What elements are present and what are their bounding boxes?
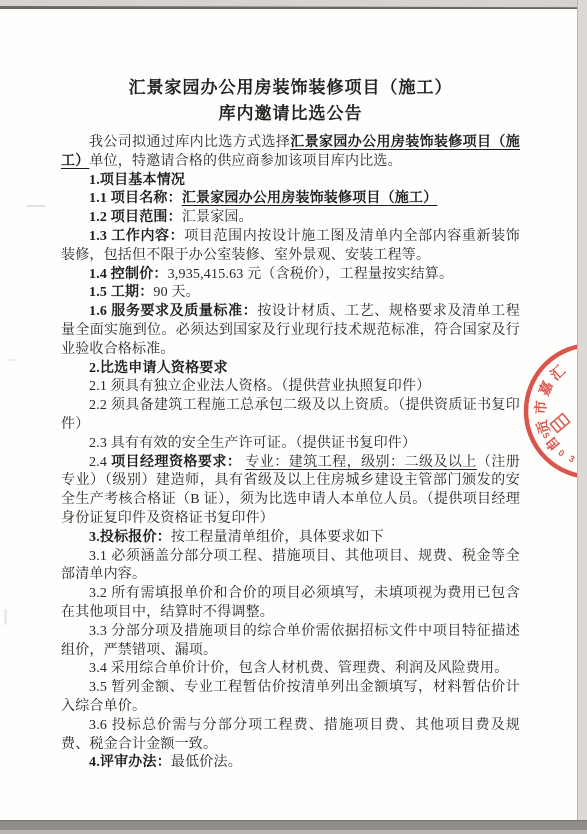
paragraph: 3.5 暂列金额、专业工程暂估价按清单列出金额填写，材料暂估价计入综合单价。 [61,679,520,717]
paragraph: 3.1 必须涵盖分部分项工程、措施项目、其他项目、规费、税金等全部清单内容。 [61,548,520,586]
scan-background-right [577,0,587,834]
seal-code-digits: 51030 [541,431,578,468]
seal-character: 市 [532,400,550,415]
document-content: 汇景家园办公用房装饰装修项目（施工） 库内邀请比选公告 我公司拟通过库内比选方式… [61,75,520,773]
text-run: 专业：建筑工程，级别：二级及以上 [245,455,477,470]
paragraph: 4.评审办法：最低价法。 [61,754,520,773]
document-title-line2: 库内邀请比选公告 [61,101,520,127]
text-run: 项目经理资格要求： [111,455,241,470]
paragraph: 3.4 采用综合单价计价，包含人材机费、管理费、利润及风险费用。 [61,660,520,679]
paragraph: 3.3 分部分项及措施项目的综合单价需依据招标文件中项目特征描述组价，严禁错项、… [61,623,520,661]
paragraph: 3.投标报价：按工程量清单组价，具体要求如下 [61,529,520,548]
paragraph: 1.6 服务要求及质量标准：按设计材质、工艺、规格要求及清单工程量全面实施到位。… [61,303,520,359]
scan-smudge [8,359,18,361]
document-body: 我公司拟通过库内比选方式选择汇景家园办公用房装饰装修项目（施工）单位，特邀请合格… [61,134,520,773]
scan-background-top [0,0,587,6]
paragraph: 2.4 项目经理资格要求： 专业：建筑工程，级别：二级及以上（注册专业）（级别）… [61,454,520,529]
text-run: 按工程量清单组价，具体要求如下 [171,530,384,545]
text-run: 2.1 须具有独立企业法人资格。（提供营业执照复印件） [89,379,430,394]
text-run: 3.3 分部分项及措施项目的综合单价需依据招标文件中项目特征描述组价，严禁错项、… [61,624,520,658]
seal-character: 汇 [547,362,569,384]
scan-smudge [26,205,46,207]
scan-smudge [4,609,7,625]
text-run: 2.比选申请人资格要求 [89,361,228,376]
official-seal: 自贡市嘉汇 51030 [518,337,578,487]
text-run: 2.4 [89,455,111,470]
paragraph: 1.4 控制价：3,935,415.63 元（含税价），工程量按实结算。 [61,266,520,285]
text-run: 1.1 项目名称： [89,191,182,206]
paragraph: 2.2 须具备建筑工程施工总承包二级及以上资质。（提供资质证书复印件） [61,397,520,435]
official-seal-graphic: 自贡市嘉汇 51030 [518,337,578,487]
text-run: 3,935,415.63 元（含税价），工程量按实结算。 [168,267,454,282]
text-run: 单位，特邀请合格的供应商参加该项目库内比选。 [89,154,401,169]
paragraph: 1.3 工作内容：项目范围内按设计施工图及清单内全部内容重新装饰装修，包括但不限… [61,228,520,266]
text-run: 汇景家园。 [182,210,253,225]
text-run: 我公司拟通过库内比选方式选择 [89,135,290,150]
text-run: 3.4 采用综合单价计价，包含人材机费、管理费、利润及风险费用。 [89,661,508,676]
paragraph: 2.1 须具有独立企业法人资格。（提供营业执照复印件） [61,378,520,397]
document-title: 汇景家园办公用房装饰装修项目（施工） 库内邀请比选公告 [61,75,520,127]
paragraph: 2.3 具有有效的安全生产许可证。（提供证书复印件） [61,435,520,454]
text-run: 最低价法。 [171,755,242,770]
text-run: 1.6 服务要求及质量标准： [89,304,257,319]
text-run: 1.4 控制价： [89,267,168,282]
document-page: 汇景家园办公用房装饰装修项目（施工） 库内邀请比选公告 我公司拟通过库内比选方式… [0,9,578,820]
text-run: 2.2 须具备建筑工程施工总承包二级及以上资质。（提供资质证书复印件） [61,398,520,432]
paragraph: 1.5 工期：90 天。 [61,284,520,303]
text-run: 汇景家园办公用房装饰装修项目（施工） [182,191,438,206]
text-run: 90 天。 [153,285,200,300]
paragraph: 2.比选申请人资格要求 [61,360,520,379]
seal-digit: 3 [567,453,576,464]
paragraph: 我公司拟通过库内比选方式选择汇景家园办公用房装饰装修项目（施工）单位，特邀请合格… [61,134,520,172]
paragraph: 3.6 投标总价需与分部分项工程费、措施项目费、其他项目费及规费、税金合计金额一… [61,717,520,755]
paragraph: 3.2 所有需填报单价和合价的项目必须填写，未填项视为费用已包含在其他项目中，结… [61,585,520,623]
paragraph: 1.2 项目范围：汇景家园。 [61,209,520,228]
paragraph: 1.1 项目名称：汇景家园办公用房装饰装修项目（施工） [61,190,520,209]
document-title-line1: 汇景家园办公用房装饰装修项目（施工） [61,75,520,101]
text-run: 1.项目基本情况 [89,173,185,188]
text-run: 1.3 工作内容： [89,229,184,244]
paragraph: 1.项目基本情况 [61,172,520,191]
text-run: 3.投标报价： [89,530,171,545]
text-run: 3.2 所有需填报单价和合价的项目必须填写，未填项视为费用已包含在其他项目中，结… [61,586,520,620]
text-run: 1.5 工期： [89,285,153,300]
text-run: 4.评审办法： [89,755,171,770]
seal-character: 嘉 [535,379,556,399]
text-run: 3.1 必须涵盖分部分项工程、措施项目、其他项目、规费、税金等全部清单内容。 [61,549,520,583]
text-run: 3.6 投标总价需与分部分项工程费、措施项目费、其他项目费及规费、税金合计金额一… [61,718,520,752]
text-run: 1.2 项目范围： [89,210,182,225]
scan-background-bottom [0,820,587,834]
text-run: 2.3 具有有效的安全生产许可证。（提供证书复印件） [89,436,416,451]
text-run: 3.5 暂列金额、专业工程暂估价按清单列出金额填写，材料暂估价计入综合单价。 [61,680,520,714]
